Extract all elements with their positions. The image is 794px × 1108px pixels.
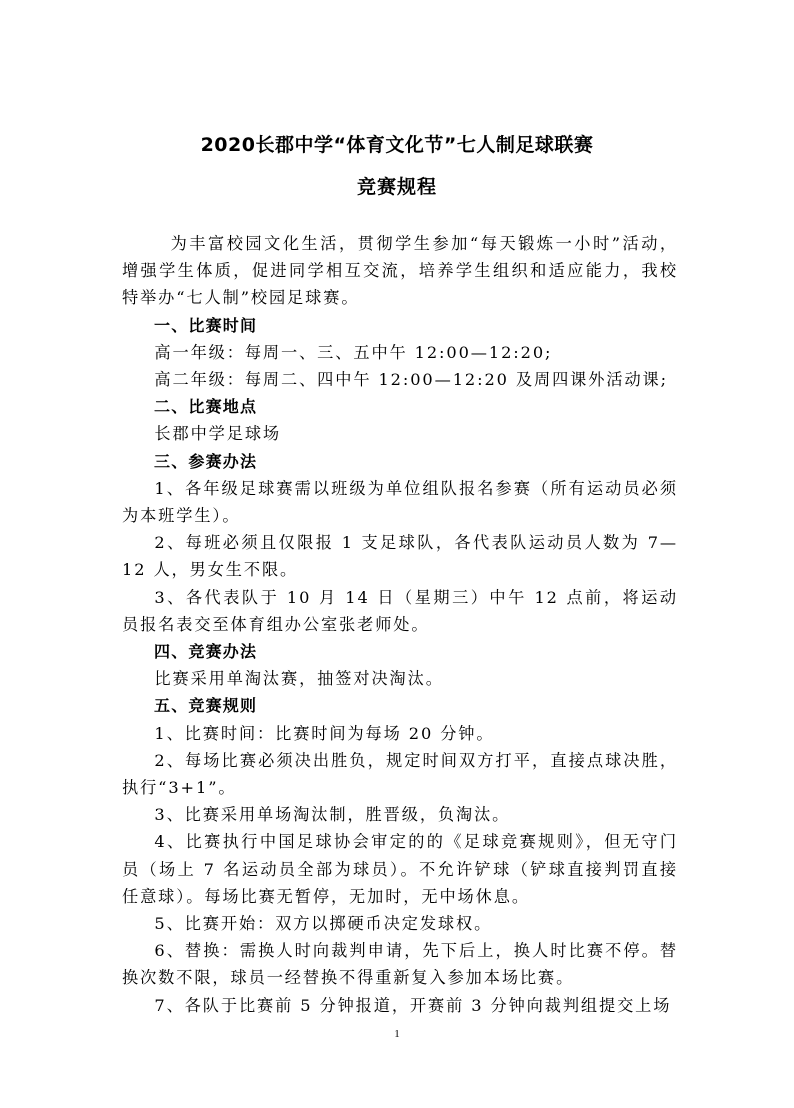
game-rule-2: 2、每场比赛必须决出胜负，规定时间双方打平，直接点球决胜，执行“3+1”。 <box>122 747 678 801</box>
page-number: 1 <box>0 1028 794 1040</box>
game-rule-5: 5、比赛开始：双方以掷硬币决定发球权。 <box>122 910 678 937</box>
game-rule-1: 1、比赛时间：比赛时间为每场 20 分钟。 <box>122 720 678 747</box>
document-page: 2020长郡中学“体育文化节”七人制足球联赛 竞赛规程 为丰富校园文化生活，贯彻… <box>0 0 794 1108</box>
section-heading-time: 一、比赛时间 <box>122 312 678 339</box>
entry-rule-1: 1、各年级足球赛需以班级为单位组队报名参赛（所有运动员必须为本班学生）。 <box>122 475 678 529</box>
entry-rule-2: 2、每班必须且仅限报 1 支足球队，各代表队运动员人数为 7—12 人，男女生不… <box>122 529 678 583</box>
document-title: 2020长郡中学“体育文化节”七人制足球联赛 <box>0 133 794 157</box>
entry-rule-3: 3、各代表队于 10 月 14 日（星期三）中午 12 点前，将运动员报名表交至… <box>122 584 678 638</box>
document-subtitle: 竞赛规程 <box>0 175 794 199</box>
game-rule-4: 4、比赛执行中国足球协会审定的的《足球竞赛规则》，但无守门员（场上 7 名运动员… <box>122 828 678 910</box>
schedule-grade-2: 高二年级：每周二、四中午 12:00—12:20 及周四课外活动课; <box>122 366 678 393</box>
section-heading-venue: 二、比赛地点 <box>122 393 678 420</box>
section-heading-format: 四、竞赛办法 <box>122 638 678 665</box>
document-body: 为丰富校园文化生活，贯彻学生参加“每天锻炼一小时”活动，增强学生体质，促进同学相… <box>122 230 678 1019</box>
game-rule-7: 7、各队于比赛前 5 分钟报道，开赛前 3 分钟向裁判组提交上场 <box>122 992 678 1019</box>
section-heading-rules: 五、竞赛规则 <box>122 692 678 719</box>
intro-paragraph: 为丰富校园文化生活，贯彻学生参加“每天锻炼一小时”活动，增强学生体质，促进同学相… <box>122 230 678 312</box>
format-text: 比赛采用单淘汰赛，抽签对决淘汰。 <box>122 665 678 692</box>
game-rule-6: 6、替换：需换人时向裁判申请，先下后上，换人时比赛不停。替换次数不限，球员一经替… <box>122 937 678 991</box>
schedule-grade-1: 高一年级：每周一、三、五中午 12:00—12:20; <box>122 339 678 366</box>
section-heading-entry: 三、参赛办法 <box>122 448 678 475</box>
game-rule-3: 3、比赛采用单场淘汰制，胜晋级，负淘汰。 <box>122 801 678 828</box>
venue-text: 长郡中学足球场 <box>122 420 678 447</box>
